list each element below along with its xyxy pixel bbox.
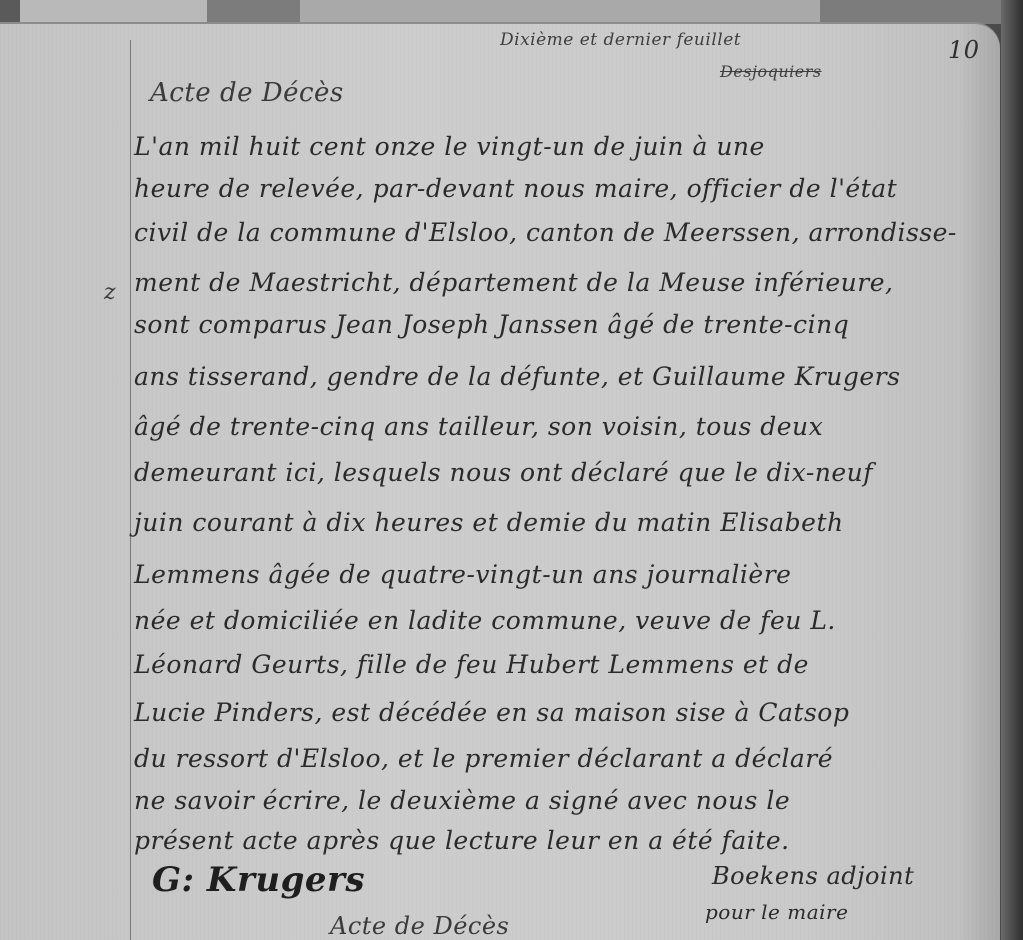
body-line-11: née et domiciliée en ladite commune, veu… <box>134 606 836 635</box>
margin-mark: z <box>104 280 116 305</box>
body-line-5: sont comparus Jean Joseph Janssen âgé de… <box>134 310 849 339</box>
body-line-10: Lemmens âgée de quatre-vingt-un ans jour… <box>134 560 791 589</box>
body-line-12: Léonard Geurts, fille de feu Hubert Lemm… <box>134 650 809 679</box>
body-line-13: Lucie Pinders, est décédée en sa maison … <box>134 698 849 727</box>
body-line-2: heure de relevée, par-devant nous maire,… <box>134 174 897 203</box>
body-line-7: âgé de trente-cinq ans tailleur, son voi… <box>134 412 823 441</box>
body-line-16: présent acte après que lecture leur en a… <box>134 826 790 855</box>
body-line-4: ment de Maestricht, département de la Me… <box>134 268 893 297</box>
body-line-3: civil de la commune d'Elsloo, canton de … <box>134 218 957 247</box>
body-line-1: L'an mil huit cent onze le vingt-un de j… <box>134 132 765 161</box>
body-line-15: ne savoir écrire, le deuxième a signé av… <box>134 786 790 815</box>
body-line-8: demeurant ici, lesquels nous ont déclaré… <box>134 458 873 487</box>
record-title: Acte de Décès <box>150 78 344 108</box>
previous-page-edge <box>20 0 207 24</box>
official-role: pour le maire <box>705 900 848 924</box>
header-note: Dixième et dernier feuillet <box>500 30 741 50</box>
previous-page-edge-2 <box>300 0 820 24</box>
body-line-14: du ressort d'Elsloo, et le premier décla… <box>134 744 833 773</box>
page-number: 10 <box>948 36 980 64</box>
page-right-edge-shadow <box>1001 0 1023 940</box>
official-signature: Boekens adjoint <box>712 862 914 890</box>
header-signature: Desjoquiers <box>720 62 822 81</box>
body-line-9: juin courant à dix heures et demie du ma… <box>134 508 844 537</box>
scan-top-edge <box>0 0 1023 24</box>
body-line-6: ans tisserand, gendre de la défunte, et … <box>134 362 900 391</box>
margin-rule <box>130 40 131 940</box>
declarant-signature: G: Krugers <box>152 860 365 900</box>
next-record-title: Acte de Décès <box>330 912 509 940</box>
scanned-document: Dixième et dernier feuillet Desjoquiers … <box>0 0 1023 940</box>
